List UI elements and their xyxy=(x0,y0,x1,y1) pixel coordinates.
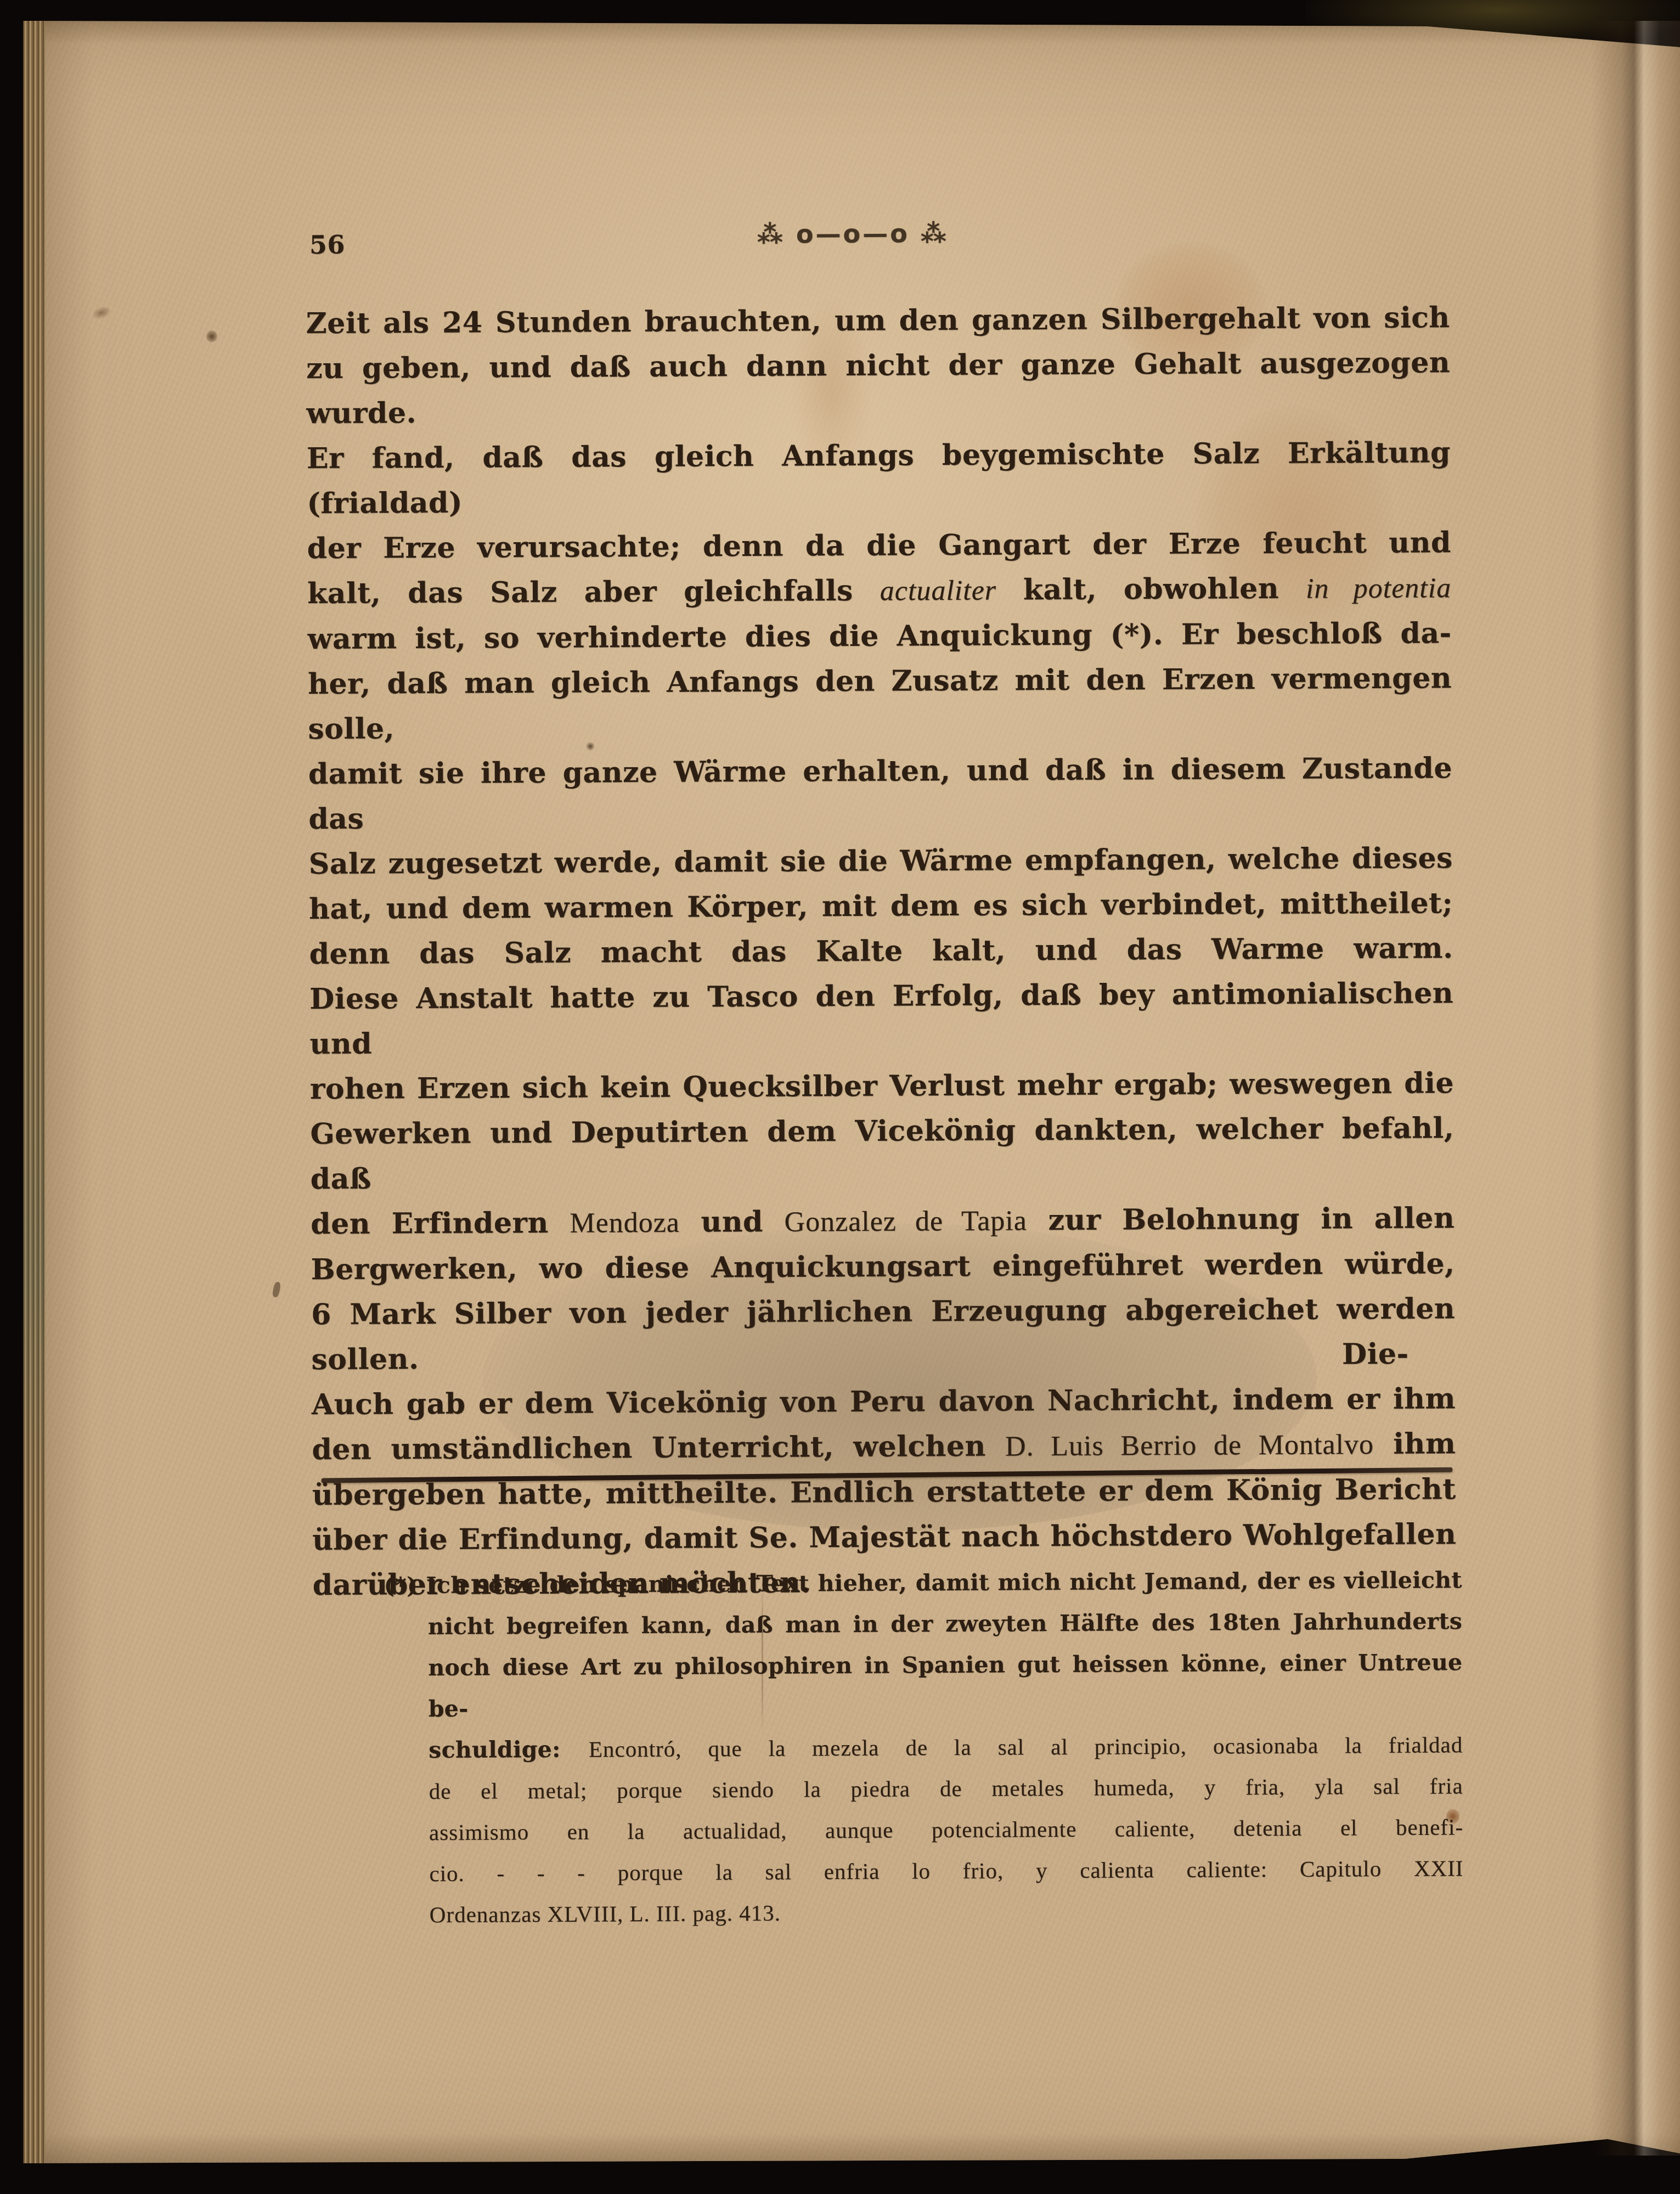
antiqua-text: Ordenanzas XLVIII, L. III. pag. 413. xyxy=(430,1900,781,1927)
fraktur-text: schuldige: xyxy=(429,1736,589,1763)
text-line: Zeit als 24 Stunden brauchten, um den ga… xyxy=(306,295,1450,346)
text-line: hat, und dem warmen Körper, mit dem es s… xyxy=(309,881,1453,932)
text-line: schuldige: Encontró, que la mezela de la… xyxy=(429,1724,1463,1771)
fraktur-text: Auch gab er dem Vicekönig von Peru davon… xyxy=(312,1382,1456,1421)
fraktur-text: nicht begreifen kann, daß man in der zwe… xyxy=(428,1608,1462,1640)
text-line: damit sie ihre ganze Wärme erhalten, und… xyxy=(308,746,1453,842)
fraktur-text: über die Erfindung, damit Se. Majestät n… xyxy=(312,1517,1456,1557)
antiqua-text: cio. - - - porque la sal enfria lo frio,… xyxy=(429,1857,1300,1886)
fraktur-text: Er fand, daß das gleich Anfangs beygemis… xyxy=(307,436,1451,520)
fraktur-text: zur Belohnung in allen xyxy=(1027,1201,1455,1237)
fraktur-text: und xyxy=(680,1205,785,1239)
text-line: (*) Ich setze den spanischen Text hieher… xyxy=(427,1560,1462,1606)
fraktur-text: noch diese Art zu philosophiren in Spani… xyxy=(428,1649,1462,1722)
text-line: den Erfindern Mendoza und Gonzalez de Ta… xyxy=(311,1196,1455,1247)
text-line: Auch gab er dem Vicekönig von Peru davon… xyxy=(312,1376,1456,1427)
antiqua-text: assimismo en la actualidad, aunque poten… xyxy=(429,1814,1463,1845)
fraktur-text: Gewerken und Deputirten dem Vicekönig da… xyxy=(310,1111,1454,1196)
header-ornament-icon: ⁂ o—o—o ⁂ xyxy=(281,214,1425,253)
text-line: Salz zugesetzt werde, damit sie die Wärm… xyxy=(309,836,1453,887)
antiqua-text: Gonzalez de Tapia xyxy=(784,1205,1027,1237)
fraktur-text: Zeit als 24 Stunden brauchten, um den ga… xyxy=(306,301,1450,340)
antiqua-text: D. Luis Berrio de Montalvo xyxy=(1005,1429,1374,1462)
text-line: warm ist, so verhinderte dies die Anquic… xyxy=(307,611,1451,662)
text-line: assimismo en la actualidad, aunque poten… xyxy=(429,1807,1463,1853)
text-line: Gewerken und Deputirten dem Vicekönig da… xyxy=(310,1106,1455,1202)
fraktur-text: warm ist, so verhinderte dies die Anquic… xyxy=(307,616,1451,656)
antiqua-text: Capitulo XXII xyxy=(1300,1855,1464,1882)
text-line: noch diese Art zu philosophiren in Spani… xyxy=(428,1642,1463,1730)
fraktur-text: Diese Anstalt hatte zu Tasco den Erfolg,… xyxy=(309,976,1453,1061)
antiqua-text: de el metal; porque siendo la piedra de … xyxy=(429,1773,1463,1804)
antiqua-text: actualiter xyxy=(880,575,996,606)
fraktur-text: Bergwerken, wo diese Anquickungsart eing… xyxy=(311,1247,1455,1286)
catchword: Die- xyxy=(1342,1337,1409,1371)
fraktur-text: hat, und dem warmen Körper, mit dem es s… xyxy=(309,886,1453,926)
fraktur-text: her, daß man gleich Anfangs den Zusatz m… xyxy=(308,661,1452,746)
fraktur-text: den umständlichen Unterricht, welchen xyxy=(312,1429,1005,1466)
footnote-text: (*) Ich setze den spanischen Text hieher… xyxy=(427,1560,1464,1936)
text-line: her, daß man gleich Anfangs den Zusatz m… xyxy=(308,656,1452,752)
fraktur-text: rohen Erzen sich kein Quecksilber Verlus… xyxy=(310,1066,1454,1106)
text-line: Bergwerken, wo diese Anquickungsart eing… xyxy=(311,1241,1455,1292)
fraktur-text: damit sie ihre ganze Wärme erhalten, und… xyxy=(308,751,1452,836)
fraktur-text: der Erze verursachte; denn da die Gangar… xyxy=(307,526,1451,565)
photo-background: { "colors": { "paper": "#c9ad88", "ink":… xyxy=(0,0,1680,2194)
text-line: Diese Anstalt hatte zu Tasco den Erfolg,… xyxy=(309,971,1454,1067)
fraktur-text: kalt, das Salz aber gleichfalls xyxy=(307,574,880,610)
text-line: Ordenanzas XLVIII, L. III. pag. 413. xyxy=(430,1889,1464,1936)
antiqua-text: Mendoza xyxy=(570,1207,680,1239)
text-line: denn das Salz macht das Kalte kalt, und … xyxy=(309,926,1453,977)
text-line: nicht begreifen kann, daß man in der zwe… xyxy=(428,1601,1462,1647)
fraktur-text: kalt, obwohlen xyxy=(996,572,1306,607)
main-text: Zeit als 24 Stunden brauchten, um den ga… xyxy=(306,295,1456,1608)
fraktur-text: zu geben, und daß auch dann nicht der ga… xyxy=(306,346,1450,430)
fraktur-text: (*) Ich setze den spanischen Text hieher… xyxy=(384,1567,1462,1599)
fraktur-text: Salz zugesetzt werde, damit sie die Wärm… xyxy=(309,841,1453,881)
text-line: den umständlichen Unterricht, welchen D.… xyxy=(312,1421,1456,1473)
fraktur-text: den Erfindern xyxy=(311,1206,570,1241)
printed-text-layer: 56 ⁂ o—o—o ⁂ Zeit als 24 Stunden braucht… xyxy=(0,0,1680,2194)
fraktur-text: ihm xyxy=(1374,1427,1456,1461)
catchword-row: Die- xyxy=(311,1332,1408,1382)
antiqua-text: in potentia xyxy=(1306,572,1452,604)
text-line: zu geben, und daß auch dann nicht der ga… xyxy=(306,340,1451,436)
antiqua-text: Encontró, que la mezela de la sal al pri… xyxy=(589,1732,1463,1762)
text-line: über die Erfindung, damit Se. Majestät n… xyxy=(312,1512,1456,1563)
fraktur-text: denn das Salz macht das Kalte kalt, und … xyxy=(309,931,1453,971)
text-line: de el metal; porque siendo la piedra de … xyxy=(429,1765,1463,1812)
text-line: rohen Erzen sich kein Quecksilber Verlus… xyxy=(310,1061,1454,1112)
text-line: kalt, das Salz aber gleichfalls actualit… xyxy=(307,565,1451,617)
text-line: der Erze verursachte; denn da die Gangar… xyxy=(307,520,1451,571)
text-line: Er fand, daß das gleich Anfangs beygemis… xyxy=(307,430,1451,526)
text-line: cio. - - - porque la sal enfria lo frio,… xyxy=(429,1848,1463,1894)
